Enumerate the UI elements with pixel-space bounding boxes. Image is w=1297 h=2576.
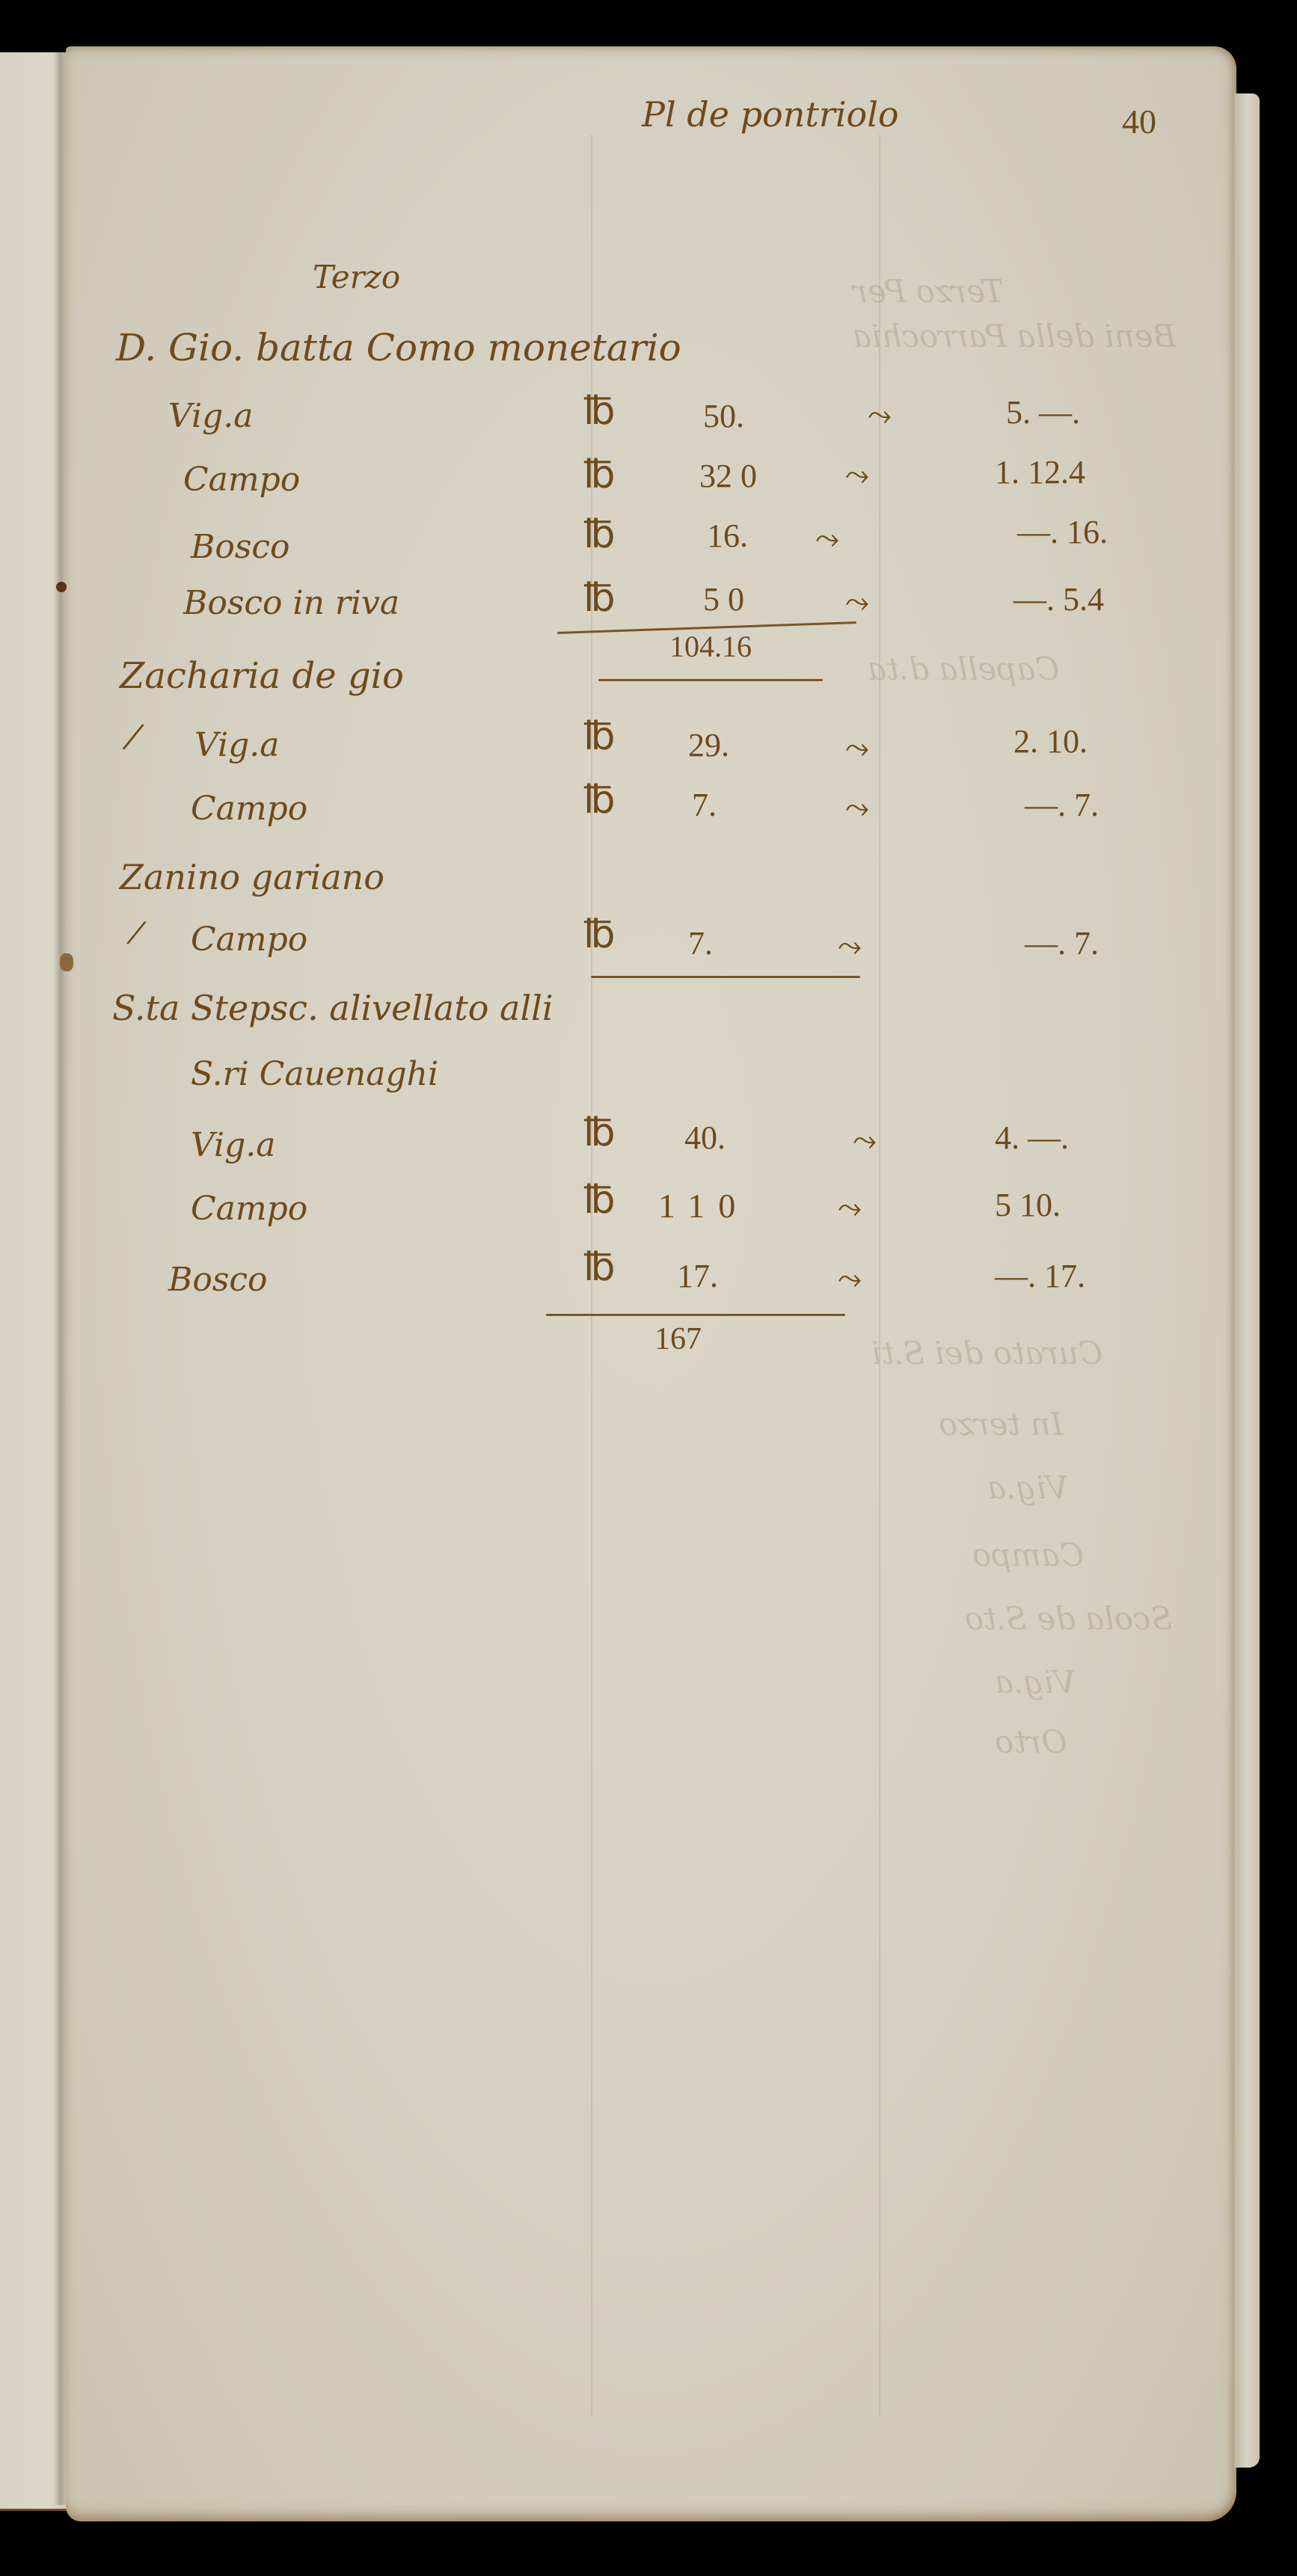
land-type: Bosco	[191, 531, 290, 564]
binding-damage	[60, 953, 73, 971]
amount: 5 0	[703, 583, 744, 616]
value: —. 17.	[995, 1260, 1085, 1293]
arrow-icon: ⤳	[838, 1264, 862, 1294]
value: 5 10.	[995, 1189, 1061, 1222]
arrow-icon: ⤳	[845, 733, 869, 763]
amount: 7.	[692, 789, 717, 822]
folio-number: 40	[1122, 105, 1156, 139]
land-type: Campo	[191, 793, 307, 826]
bleed-through-text: Terzo Per	[853, 273, 1004, 310]
bleed-through-text: Vig.a	[987, 1469, 1068, 1506]
currency-symbol: ℔	[583, 456, 616, 495]
entry-owner: Zanino gariano	[120, 860, 384, 894]
entry-owner: D. Gio. batta Como monetario	[116, 329, 681, 366]
arrow-icon: ⤳	[868, 400, 892, 430]
land-type: Campo	[191, 923, 307, 956]
bleed-through-text: Campo	[972, 1537, 1084, 1573]
binding-hole	[56, 582, 67, 592]
amount: 16.	[707, 520, 748, 553]
entry-owner: Zacharia de gio	[120, 658, 404, 694]
amount: 29.	[688, 729, 729, 762]
page-fore-edge	[1234, 93, 1260, 2468]
amount: 17.	[677, 1260, 718, 1293]
currency-symbol: ℔	[583, 781, 616, 820]
bleed-through-text: Scola de S.to	[965, 1600, 1172, 1637]
currency-symbol: ℔	[583, 1114, 616, 1153]
land-type: Campo	[191, 1193, 307, 1226]
amount: 110	[658, 1189, 749, 1223]
currency-symbol: ℔	[583, 1249, 616, 1288]
value: —. 7.	[1025, 927, 1099, 960]
bleed-through-text: Orto	[995, 1724, 1067, 1760]
arrow-icon: ⤳	[815, 523, 839, 553]
bleed-through-text: In terzo	[939, 1406, 1063, 1442]
entry-owner: S.ta Stepsc. alivellato alli	[112, 991, 554, 1025]
value: 5. —.	[1006, 396, 1080, 429]
running-title: Pl de pontriolo	[642, 97, 899, 132]
land-type: Campo	[183, 464, 300, 497]
value: 4. —.	[995, 1122, 1069, 1155]
page-fold-line	[879, 135, 880, 2415]
land-type: Bosco	[168, 1264, 268, 1297]
bleed-through-text: Beni della Parrochia	[853, 318, 1176, 354]
total-rule	[546, 1314, 845, 1316]
arrow-icon: ⤳	[845, 793, 869, 823]
value: —. 5.4	[1014, 583, 1104, 616]
bleed-through-text: Vig.a	[995, 1664, 1076, 1700]
bleed-through-text: Capella d.ta	[868, 651, 1059, 687]
amount: 7.	[688, 927, 713, 960]
section-heading: Terzo	[313, 262, 400, 293]
arrow-icon: ⤳	[845, 587, 869, 617]
amount: 32 0	[699, 460, 757, 493]
arrow-icon: ⤳	[845, 460, 869, 490]
currency-symbol: ℔	[583, 516, 616, 555]
currency-symbol: ℔	[583, 718, 616, 757]
value: —. 7.	[1025, 789, 1099, 822]
currency-symbol: ℔	[583, 580, 616, 618]
subtotal-underline	[598, 679, 823, 681]
entry-owner-continued: S.ri Cauenaghi	[191, 1058, 438, 1091]
subtotal: 104.16	[669, 632, 752, 662]
value: —. 16.	[1017, 516, 1108, 549]
amount: 50.	[703, 400, 744, 433]
land-type: Vig.a	[194, 729, 279, 762]
value: 1. 12.4	[995, 456, 1085, 489]
total: 167	[654, 1324, 702, 1355]
land-type: Vig.a	[191, 1129, 275, 1162]
section-divider-rule	[591, 976, 860, 978]
land-type: Bosco in riva	[183, 587, 399, 620]
currency-symbol: ℔	[583, 916, 616, 955]
value: 2. 10.	[1014, 725, 1088, 758]
amount: 40.	[684, 1122, 726, 1155]
bleed-through-text: Curato dei S.ti	[871, 1335, 1103, 1371]
currency-symbol: ℔	[583, 1181, 616, 1220]
currency-symbol: ℔	[583, 393, 616, 431]
land-type: Vig.a	[168, 400, 253, 433]
arrow-icon: ⤳	[838, 931, 862, 961]
arrow-icon: ⤳	[853, 1125, 877, 1155]
arrow-icon: ⤳	[838, 1193, 862, 1223]
